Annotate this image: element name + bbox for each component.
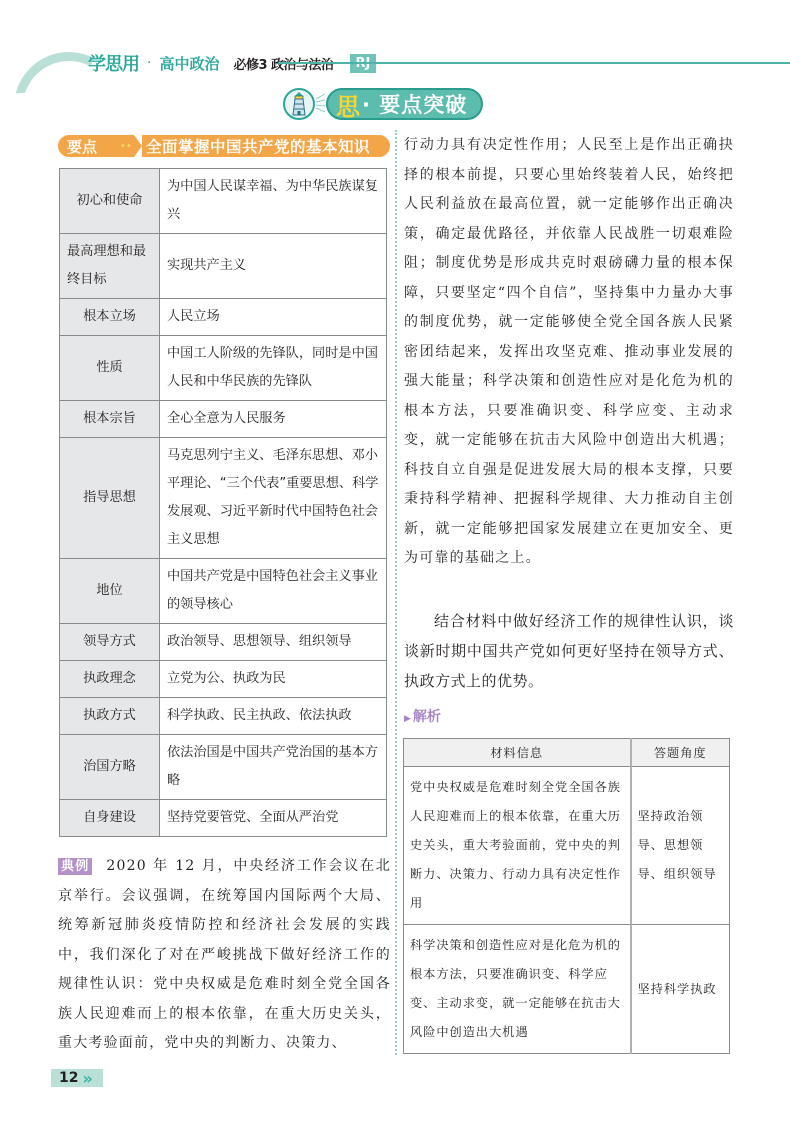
table-row: 根本立场人民立场 (60, 299, 387, 336)
row-value: 中国工人阶级的先锋队，同时是中国人民和中华民族的先锋队 (160, 336, 387, 401)
row-value: 实现共产主义 (160, 234, 387, 299)
analysis-table: 材料信息 答题角度 党中央权威是危难时刻全党全国各族人民迎难而上的根本依靠，在重… (403, 738, 730, 1054)
answer-angle: 坚持科学执政 (631, 925, 730, 1054)
row-key: 治国方略 (60, 735, 160, 800)
row-key: 执政方式 (60, 698, 160, 735)
example-paragraph: 典例2020 年 12 月，中央经济工作会议在北京举行。会议强调，在统筹国内国际… (58, 852, 391, 1059)
row-key: 自身建设 (60, 800, 160, 837)
example-text-right: 行动力具有决定性作用；人民至上是作出正确抉择的根本前提，只要心里始终装着人民，始… (404, 131, 734, 574)
table-row: 性质中国工人阶级的先锋队，同时是中国人民和中华民族的先锋队 (60, 336, 387, 401)
row-value: 中国共产党是中国特色社会主义事业的领导核心 (160, 559, 387, 624)
topic-banner: 要点 •• 全面掌握中国共产党的基本知识 (58, 135, 390, 157)
table-row: 党中央权威是危难时刻全党全国各族人民迎难而上的根本依靠，在重大历史关头，重大考验… (404, 767, 730, 925)
light-rays-icon (316, 91, 326, 117)
row-key: 性质 (60, 336, 160, 401)
section-title-text: · 要点突破 (362, 89, 467, 119)
table-row: 领导方式政治领导、思想领导、组织领导 (60, 624, 387, 661)
header-rule (278, 62, 790, 64)
row-value: 全心全意为人民服务 (160, 401, 387, 438)
table-row: 最高理想和最终目标实现共产主义 (60, 234, 387, 299)
question-text: 结合材料中做好经济工作的规律性认识，谈谈新时期中国共产党如何更好坚持在领导方式、… (404, 606, 734, 696)
row-value: 依法治国是中国共产党治国的基本方略 (160, 735, 387, 800)
topic-notch (134, 135, 142, 157)
row-value: 坚持党要管党、全面从严治党 (160, 800, 387, 837)
brand-logo: 学思用 (88, 50, 139, 76)
table-row: 初心和使命为中国人民谋幸福、为中华民族谋复兴 (60, 169, 387, 234)
table-row: 地位中国共产党是中国特色社会主义事业的领导核心 (60, 559, 387, 624)
row-key: 最高理想和最终目标 (60, 234, 160, 299)
row-key: 地位 (60, 559, 160, 624)
row-key: 根本立场 (60, 299, 160, 336)
table-row: 执政理念立党为公、执政为民 (60, 661, 387, 698)
row-value: 政治领导、思想领导、组织领导 (160, 624, 387, 661)
topic-title: 全面掌握中国共产党的基本知识 (146, 135, 370, 157)
question: 结合材料中做好经济工作的规律性认识，谈谈新时期中国共产党如何更好坚持在领导方式、… (404, 606, 734, 696)
row-value: 为中国人民谋幸福、为中华民族谋复兴 (160, 169, 387, 234)
table-row: 指导思想马克思列宁主义、毛泽东思想、邓小平理论、“三个代表”重要思想、科学发展观… (60, 438, 387, 559)
topic-dots: •• (120, 141, 132, 152)
page-number-text: 12 (51, 1070, 78, 1086)
page-number: 12 » (51, 1069, 103, 1087)
lighthouse-icon (283, 88, 315, 120)
chevron-right-icon: » (82, 1069, 88, 1088)
row-value: 人民立场 (160, 299, 387, 336)
section-badge-char: 思 (336, 87, 360, 122)
header-separator: · (147, 55, 151, 71)
example-text-left: 2020 年 12 月，中央经济工作会议在北京举行。会议强调，在统筹国内国际两个… (58, 858, 391, 1051)
row-value: 马克思列宁主义、毛泽东思想、邓小平理论、“三个代表”重要思想、科学发展观、习近平… (160, 438, 387, 559)
row-value: 立党为公、执政为民 (160, 661, 387, 698)
triangle-right-icon: ▶ (404, 714, 411, 724)
analysis-label-text: 解析 (413, 709, 441, 725)
analysis-label: ▶解析 (404, 706, 441, 726)
header-subject: 高中政治 (159, 53, 219, 74)
section-pill: 思 · 要点突破 (326, 88, 483, 120)
column-divider (395, 130, 397, 1055)
row-value: 科学执政、民主执政、依法执政 (160, 698, 387, 735)
knowledge-table: 初心和使命为中国人民谋幸福、为中华民族谋复兴 最高理想和最终目标实现共产主义 根… (59, 168, 387, 837)
row-key: 指导思想 (60, 438, 160, 559)
example-tag: 典例 (58, 858, 92, 875)
table-row: 根本宗旨全心全意为人民服务 (60, 401, 387, 438)
answer-angle: 坚持政治领导、思想领导、组织领导 (631, 767, 730, 925)
topic-tag: 要点 (58, 136, 120, 157)
section-title: 思 · 要点突破 (283, 84, 483, 124)
row-key: 根本宗旨 (60, 401, 160, 438)
row-key: 领导方式 (60, 624, 160, 661)
table-row: 科学决策和创造性应对是化危为机的根本方法，只要准确识变、科学应变、主动求变，就一… (404, 925, 730, 1054)
material-info: 党中央权威是危难时刻全党全国各族人民迎难而上的根本依靠，在重大历史关头，重大考验… (404, 767, 631, 925)
row-key: 执政理念 (60, 661, 160, 698)
column-header-angle: 答题角度 (631, 739, 730, 767)
column-header-info: 材料信息 (404, 739, 631, 767)
material-info: 科学决策和创造性应对是化危为机的根本方法，只要准确识变、科学应变、主动求变，就一… (404, 925, 631, 1054)
table-row: 执政方式科学执政、民主执政、依法执政 (60, 698, 387, 735)
table-row: 自身建设坚持党要管党、全面从严治党 (60, 800, 387, 837)
table-header-row: 材料信息 答题角度 (404, 739, 730, 767)
row-key: 初心和使命 (60, 169, 160, 234)
table-row: 治国方略依法治国是中国共产党治国的基本方略 (60, 735, 387, 800)
